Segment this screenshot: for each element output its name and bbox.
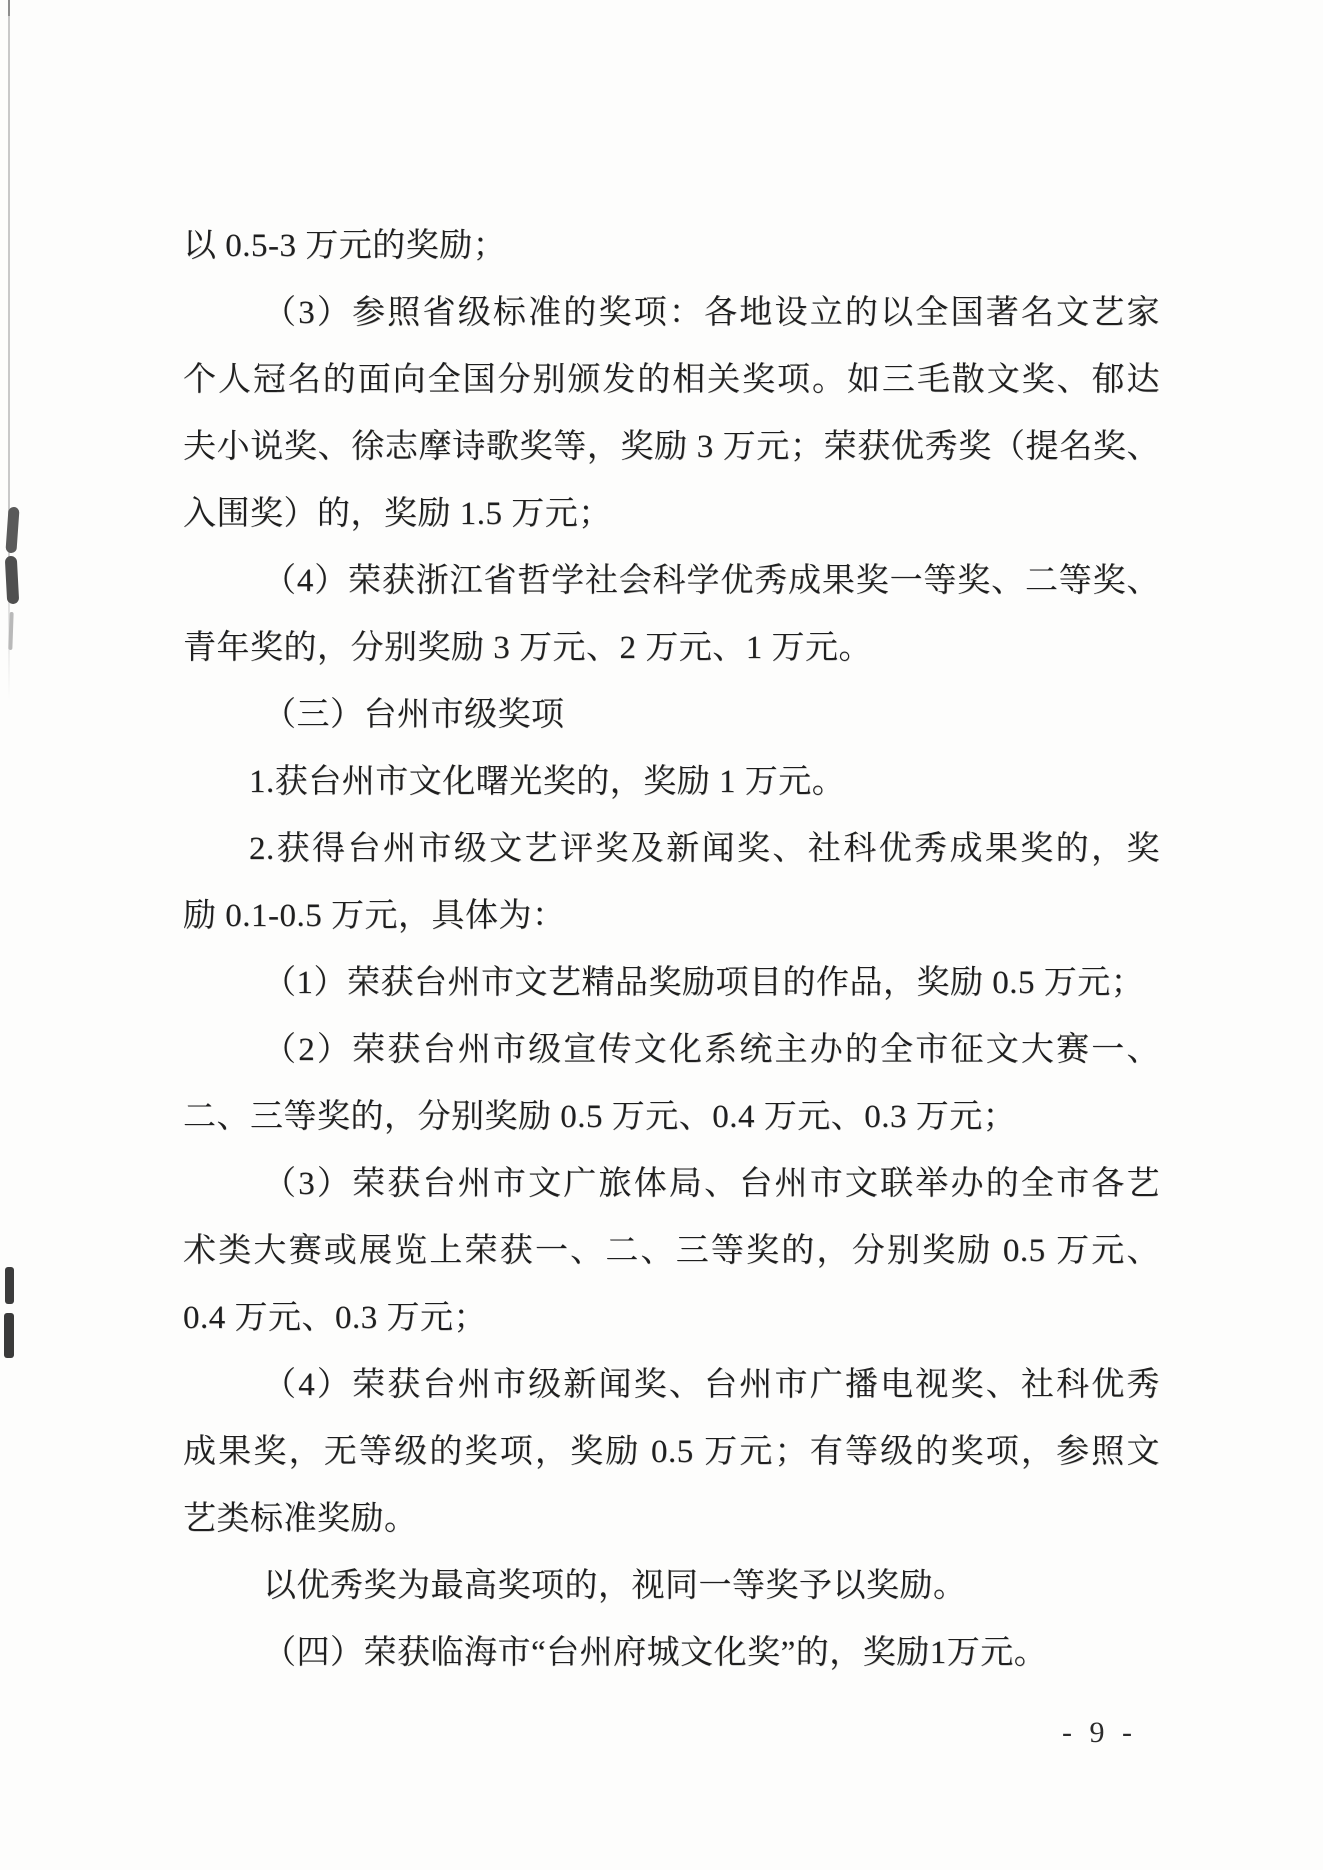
text-line-13: （2）荣获台州市级宣传文化系统主办的全市征文大赛一、 <box>183 1017 1160 1084</box>
text-line-1: 以 0.5-3 万元的奖励； <box>183 213 1160 280</box>
page-number: - 9 - <box>1062 1712 1137 1754</box>
text-line-2: （3）参照省级标准的奖项：各地设立的以全国著名文艺家 <box>183 280 1160 347</box>
text-line-4: 夫小说奖、徐志摩诗歌奖等，奖励 3 万元；荣获优秀奖（提名奖、 <box>183 414 1160 481</box>
scanned-document-page: { "document": { "page_number": "- 9 -", … <box>0 0 1323 1870</box>
text-line-12: （1）荣获台州市文艺精品奖励项目的作品，奖励 0.5 万元； <box>183 950 1160 1017</box>
text-line-17: 0.4 万元、0.3 万元； <box>183 1285 1160 1352</box>
text-line-18: （4）荣获台州市级新闻奖、台州市广播电视奖、社科优秀 <box>183 1352 1160 1419</box>
text-line-9: 1.获台州市文化曙光奖的，奖励 1 万元。 <box>183 749 1160 816</box>
document-body: 以 0.5-3 万元的奖励；（3）参照省级标准的奖项：各地设立的以全国著名文艺家… <box>183 213 1160 1687</box>
scan-artifact <box>8 612 13 650</box>
text-line-11: 励 0.1-0.5 万元，具体为： <box>183 883 1160 950</box>
text-line-8: （三）台州市级奖项 <box>183 682 1160 749</box>
text-line-5: 入围奖）的，奖励 1.5 万元； <box>183 481 1160 548</box>
text-line-10: 2.获得台州市级文艺评奖及新闻奖、社科优秀成果奖的，奖 <box>183 816 1160 883</box>
scan-artifact <box>5 1267 14 1304</box>
text-line-3: 个人冠名的面向全国分别颁发的相关奖项。如三毛散文奖、郁达 <box>183 347 1160 414</box>
scan-artifact <box>5 556 19 605</box>
text-line-19: 成果奖，无等级的奖项，奖励 0.5 万元；有等级的奖项，参照文 <box>183 1419 1160 1486</box>
text-line-21: 以优秀奖为最高奖项的，视同一等奖予以奖励。 <box>183 1553 1160 1620</box>
text-line-20: 艺类标准奖励。 <box>183 1486 1160 1553</box>
text-line-7: 青年奖的，分别奖励 3 万元、2 万元、1 万元。 <box>183 615 1160 682</box>
page-background: 以 0.5-3 万元的奖励；（3）参照省级标准的奖项：各地设立的以全国著名文艺家… <box>0 0 1323 1870</box>
scan-artifact <box>4 1313 14 1358</box>
scan-artifact <box>5 507 19 554</box>
text-line-22: （四）荣获临海市“台州府城文化奖”的，奖励1万元。 <box>183 1620 1160 1687</box>
text-line-15: （3）荣获台州市文广旅体局、台州市文联举办的全市各艺 <box>183 1151 1160 1218</box>
text-line-14: 二、三等奖的，分别奖励 0.5 万元、0.4 万元、0.3 万元； <box>183 1084 1160 1151</box>
text-line-16: 术类大赛或展览上荣获一、二、三等奖的，分别奖励 0.5 万元、 <box>183 1218 1160 1285</box>
text-line-6: （4）荣获浙江省哲学社会科学优秀成果奖一等奖、二等奖、 <box>183 548 1160 615</box>
